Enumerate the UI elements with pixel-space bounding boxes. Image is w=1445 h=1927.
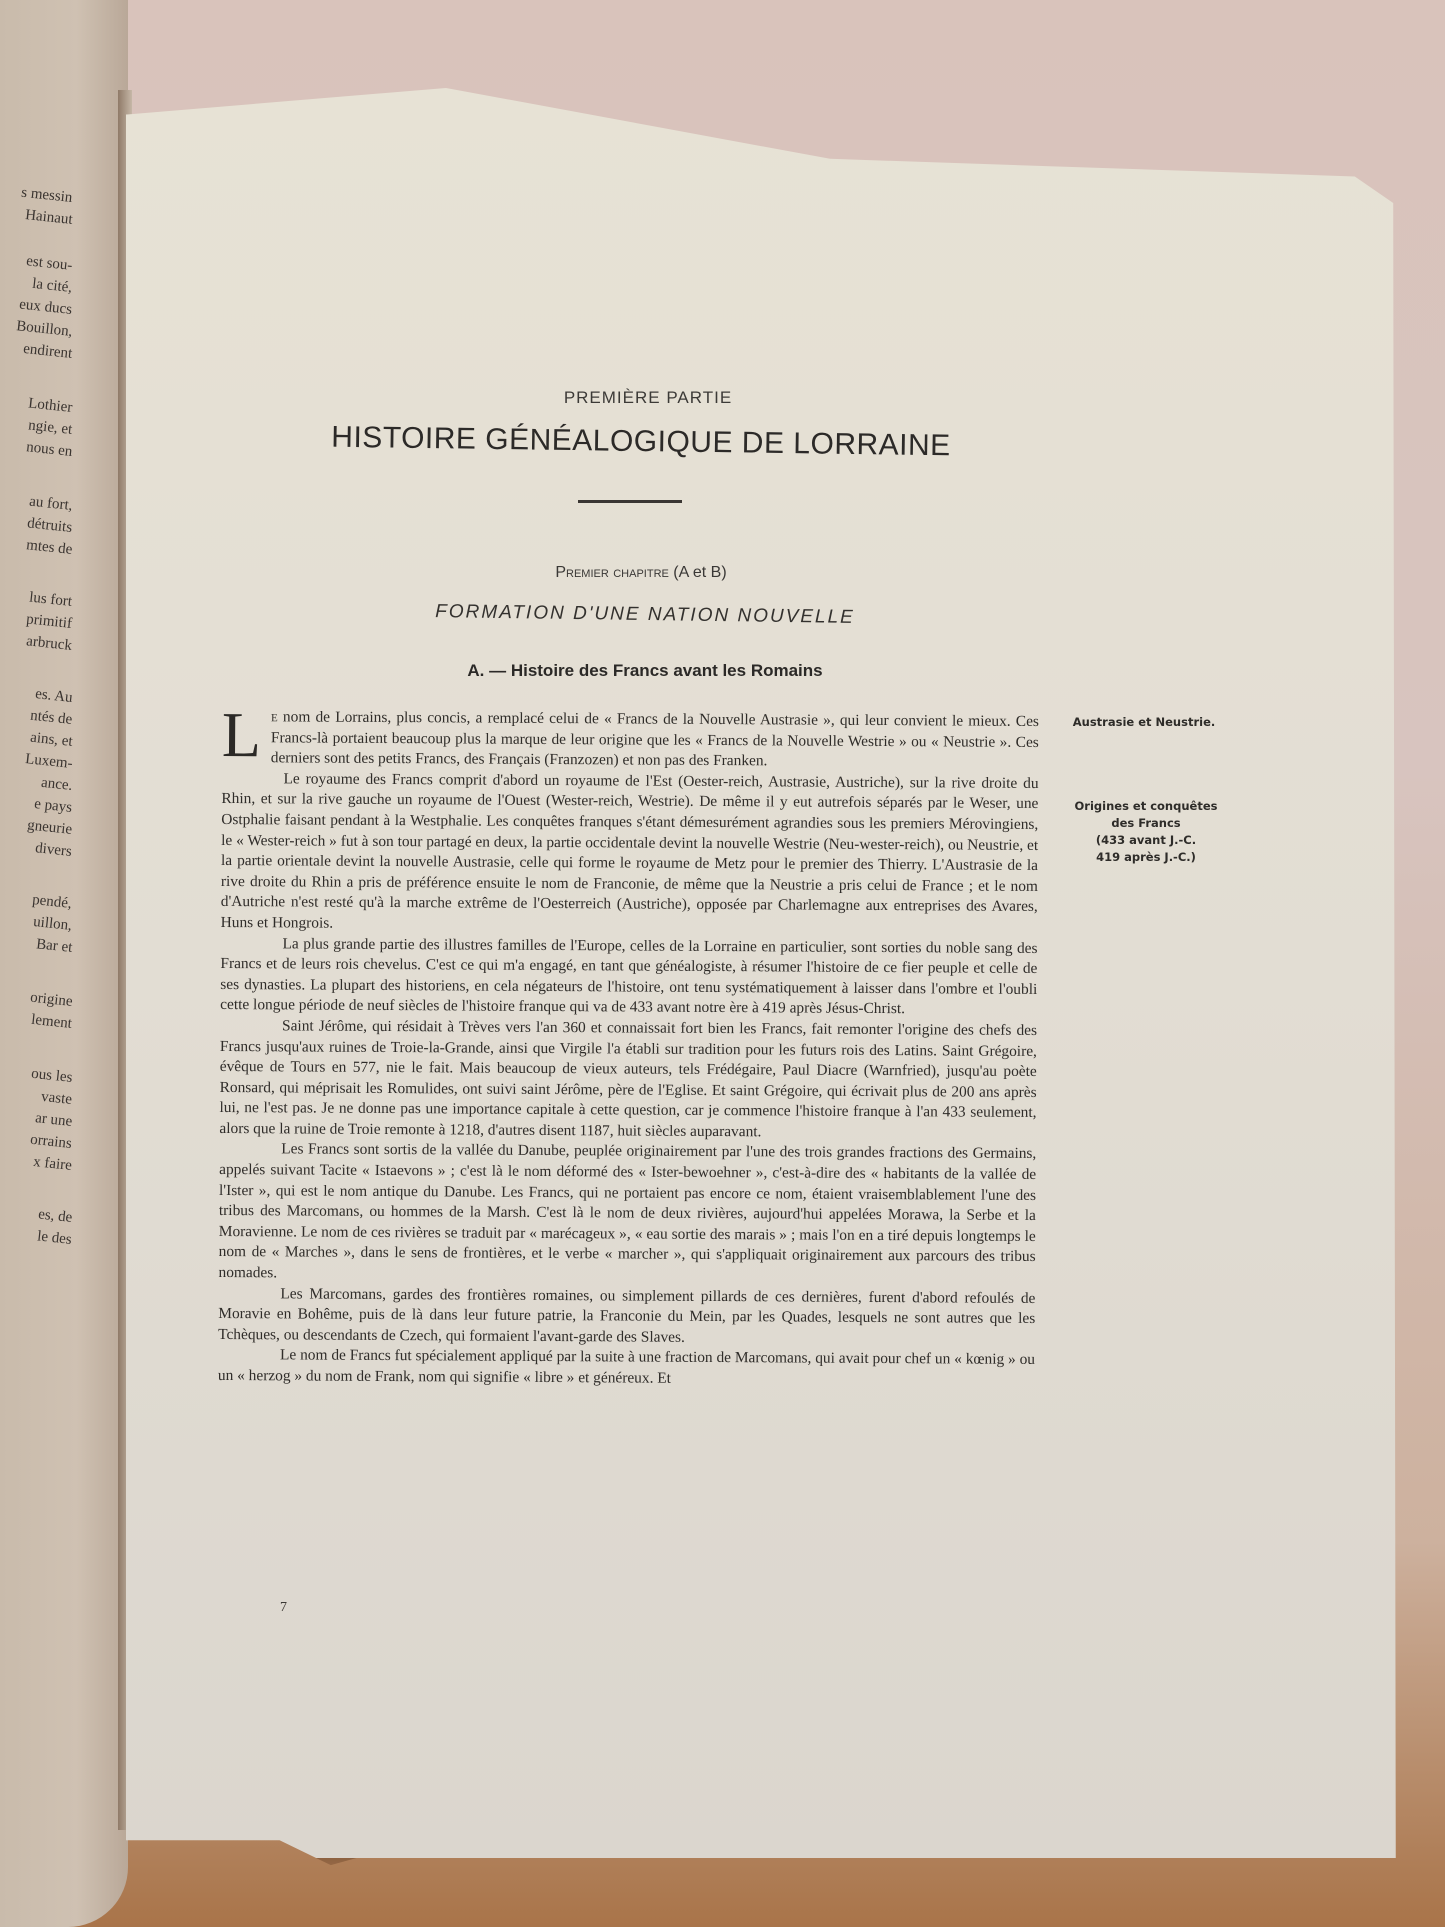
body-text: Le nom de Lorrains, plus concis, a rempl… bbox=[218, 707, 1039, 1392]
margin-note-line: (433 avant J.-C. bbox=[1062, 832, 1230, 849]
margin-note-line: 419 après J.-C.) bbox=[1062, 849, 1230, 866]
chapter-label: Premier chapitre (A et B) bbox=[0, 564, 1282, 582]
paragraph: Saint Jérôme, qui résidait à Trèves vers… bbox=[219, 1016, 1037, 1145]
paragraph: Le royaume des Francs comprit d'abord un… bbox=[221, 769, 1039, 939]
margin-note-origines: Origines et conquêtes des Francs (433 av… bbox=[1062, 798, 1230, 866]
chapter-title: FORMATION D'UNE NATION NOUVELLE bbox=[0, 595, 1290, 635]
margin-note-line: Origines et conquêtes bbox=[1062, 798, 1230, 815]
paragraph: Le nom de Francs fut spécialement appliq… bbox=[218, 1345, 1035, 1391]
paragraph: Les Marcomans, gardes des frontières rom… bbox=[218, 1284, 1035, 1351]
title-divider bbox=[578, 500, 682, 503]
part-label: PREMIÈRE PARTIE bbox=[0, 388, 1296, 408]
page-content: PREMIÈRE PARTIE HISTOIRE GÉNÉALOGIQUE DE… bbox=[0, 0, 1445, 1927]
main-title: HISTOIRE GÉNÉALOGIQUE DE LORRAINE bbox=[0, 416, 1282, 468]
section-title: A. — Histoire des Francs avant les Romai… bbox=[0, 661, 1290, 681]
paragraph: La plus grande partie des illustres fami… bbox=[220, 934, 1037, 1021]
margin-note-austrasie: Austrasie et Neustrie. bbox=[1064, 714, 1224, 731]
chapter-label-smallcaps: Premier chapitre bbox=[555, 564, 669, 581]
margin-note-line: Austrasie et Neustrie. bbox=[1064, 714, 1224, 731]
paragraph-text: nom de Lorrains, plus concis, a remplacé… bbox=[271, 708, 1039, 769]
paragraph: Le nom de Lorrains, plus concis, a rempl… bbox=[222, 707, 1039, 774]
margin-note-line: des Francs bbox=[1062, 815, 1230, 832]
chapter-label-suffix: (A et B) bbox=[669, 564, 727, 581]
paragraph: Les Francs sont sortis de la vallée du D… bbox=[218, 1139, 1036, 1288]
page-number: 7 bbox=[280, 1600, 287, 1616]
drop-cap: L bbox=[222, 709, 261, 761]
